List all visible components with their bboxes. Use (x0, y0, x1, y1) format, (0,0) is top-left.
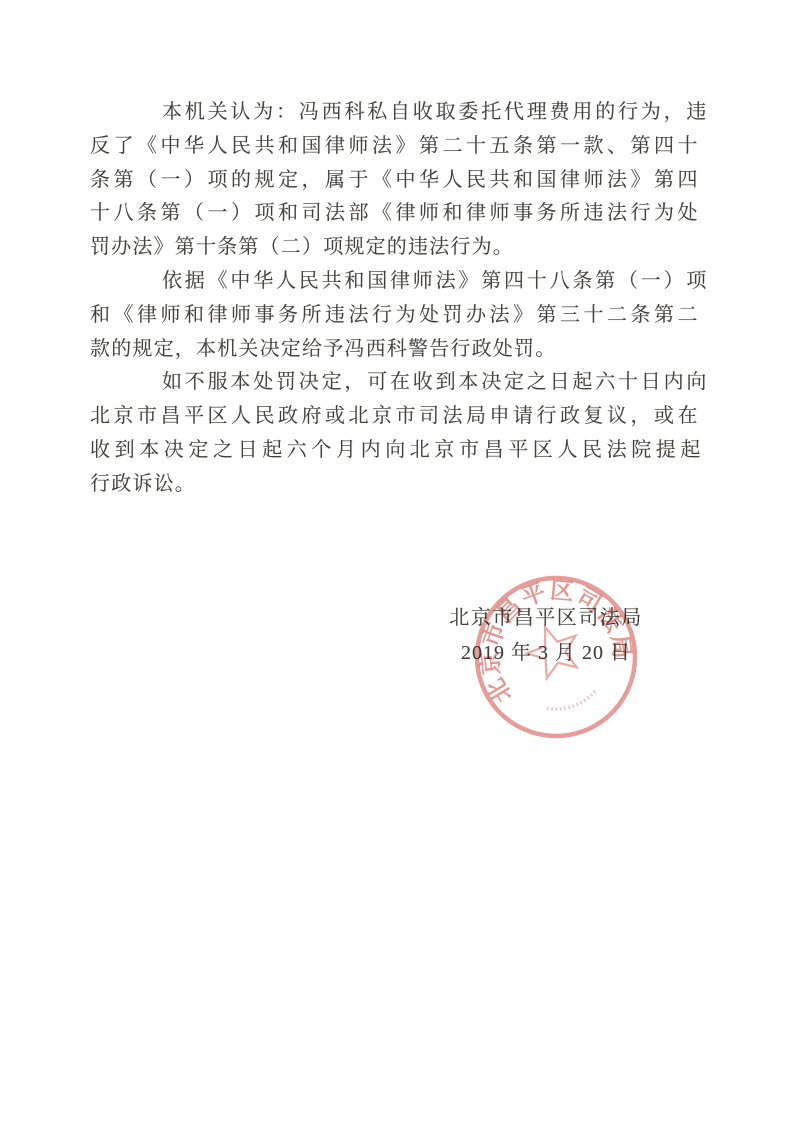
document-line: 和《律师和律师事务所违法行为处罚办法》第三十二条第二 (90, 299, 712, 333)
document-line: 依据《中华人民共和国律师法》第四十八条第（一）项 (90, 265, 712, 299)
document-line: 收到本决定之日起六个月内向北京市昌平区人民法院提起 (90, 434, 712, 468)
document-line: 如不服本处罚决定，可在收到本决定之日起六十日内向 (90, 366, 712, 400)
signature-block: 北京市昌平区司法局 2019 年 3 月 20 日 (400, 601, 692, 671)
document-body: 本机关认为：冯西科私自收取委托代理费用的行为，违 反了《中华人民共和国律师法》第… (90, 96, 712, 502)
document-line: 款的规定，本机关决定给予冯西科警告行政处罚。 (90, 333, 712, 367)
document-line: 北京市昌平区人民政府或北京市司法局申请行政复议，或在 (90, 400, 712, 434)
document-line: 十八条第（一）项和司法部《律师和律师事务所违法行为处 (90, 197, 712, 231)
seal-code-arc (547, 690, 598, 714)
document-line: 行政诉讼。 (90, 468, 712, 502)
document-line: 本机关认为：冯西科私自收取委托代理费用的行为，违 (90, 96, 712, 130)
document-line: 罚办法》第十条第（二）项规定的违法行为。 (90, 231, 712, 265)
document-line: 条第（一）项的规定，属于《中华人民共和国律师法》第四 (90, 164, 712, 198)
scanned-document-page: 本机关认为：冯西科私自收取委托代理费用的行为，违 反了《中华人民共和国律师法》第… (0, 0, 800, 1133)
issuer-name: 北京市昌平区司法局 (400, 601, 692, 636)
issue-date: 2019 年 3 月 20 日 (400, 636, 692, 671)
document-line: 反了《中华人民共和国律师法》第二十五条第一款、第四十 (90, 130, 712, 164)
